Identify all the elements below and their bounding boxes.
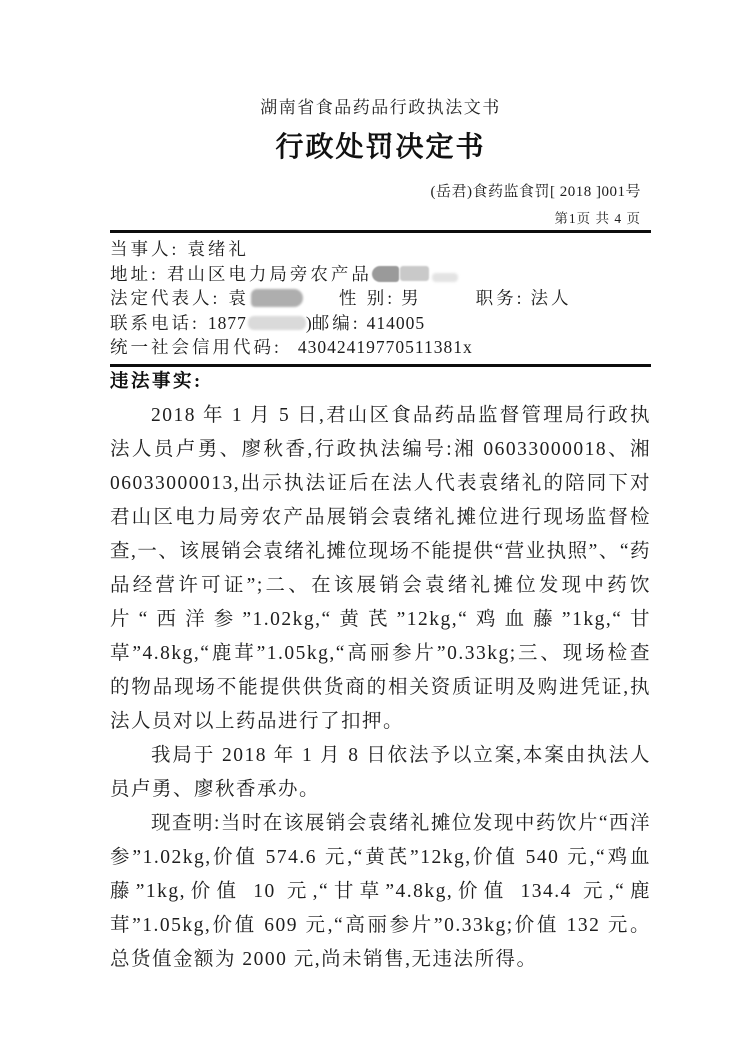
party-row-legal-rep: 法定代表人: 袁 性 别: 男 职务: 法人 — [110, 286, 651, 311]
postcode-label: 邮编: — [312, 311, 361, 336]
postcode-value: 414005 — [367, 311, 426, 336]
address-redaction-dark — [372, 266, 399, 282]
party-row-credit-code: 统一社会信用代码: 43042419770511381x — [110, 335, 651, 360]
document-page: 湖南省食品药品行政执法文书 行政处罚决定书 (岳君)食药监食罚[ 2018 ]0… — [0, 0, 750, 1061]
party-info-block: 当事人: 袁绪礼 地址: 君山区电力局旁农产品 法定代表人: 袁 性 别: 男 … — [110, 237, 651, 360]
address-redaction-light — [400, 266, 429, 281]
gender-value: 男 — [401, 286, 422, 311]
phone-value: 1877 — [208, 311, 247, 336]
party-row-phone: 联系电话: 1877 ) 邮编: 414005 — [110, 311, 651, 336]
letterhead: 湖南省食品药品行政执法文书 — [110, 96, 651, 120]
legal-rep-value: 袁 — [228, 286, 249, 311]
legal-rep-redaction — [251, 289, 303, 307]
address-value: 君山区电力局旁农产品 — [167, 262, 372, 287]
facts-section-heading: 违法事实: — [110, 371, 651, 394]
party-name: 袁绪礼 — [187, 237, 249, 262]
fact-paragraph-3: 现查明:当时在该展销会袁绪礼摊位发现中药饮片“西洋参”1.02kg,价值 574… — [110, 807, 651, 977]
address-label: 地址: — [110, 262, 159, 287]
credit-code-label: 统一社会信用代码: — [110, 335, 282, 360]
header-divider-line — [110, 230, 651, 233]
phone-label: 联系电话: — [110, 311, 200, 336]
position-label: 职务: — [476, 286, 525, 311]
phone-redaction — [248, 316, 306, 330]
page-indicator: 第1页 共 4 页 — [110, 210, 651, 228]
section-divider-line — [110, 364, 651, 367]
document-content: 湖南省食品药品行政执法文书 行政处罚决定书 (岳君)食药监食罚[ 2018 ]0… — [110, 0, 651, 977]
fact-paragraph-1: 2018 年 1 月 5 日,君山区食品药品监督管理局行政执法人员卢勇、廖秋香,… — [110, 399, 651, 739]
legal-rep-label: 法定代表人: — [110, 286, 220, 311]
fact-paragraph-2: 我局于 2018 年 1 月 8 日依法予以立案,本案由执法人员卢勇、廖秋香承办… — [110, 739, 651, 807]
facts-body: 2018 年 1 月 5 日,君山区食品药品监督管理局行政执法人员卢勇、廖秋香,… — [110, 399, 651, 977]
party-label: 当事人: — [110, 237, 179, 262]
document-number: (岳君)食药监食罚[ 2018 ]001号 — [110, 182, 651, 202]
party-row-address: 地址: 君山区电力局旁农产品 — [110, 262, 651, 287]
position-value: 法人 — [531, 286, 572, 311]
party-row-name: 当事人: 袁绪礼 — [110, 237, 651, 262]
address-redaction-remnant — [432, 273, 458, 282]
credit-code-value: 43042419770511381x — [298, 335, 473, 360]
gender-label: 性 别: — [339, 286, 395, 311]
document-title: 行政处罚决定书 — [110, 130, 651, 166]
